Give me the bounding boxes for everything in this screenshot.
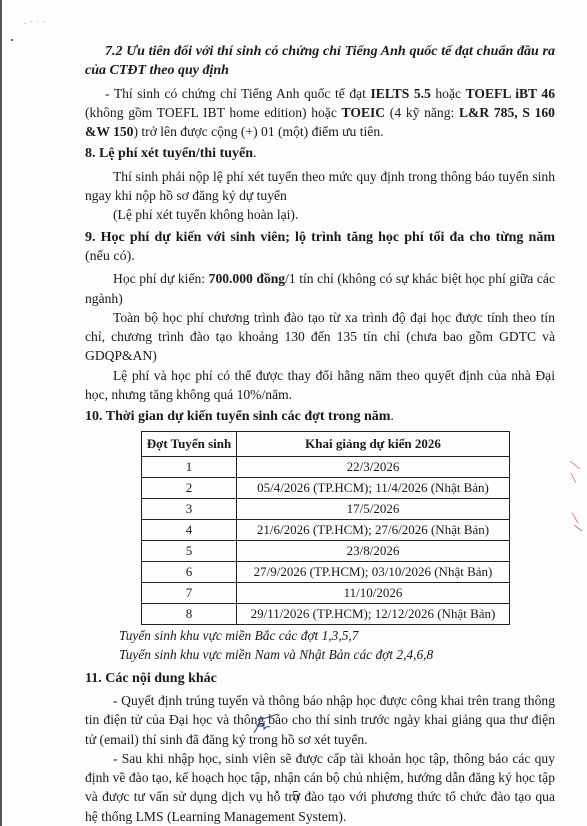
table-row: 317/5/2026 <box>142 498 510 519</box>
cell-batch-number: 3 <box>142 498 237 519</box>
table-row: 205/4/2026 (TP.HCM); 11/4/2026 (Nhật Bản… <box>142 477 510 498</box>
cell-opening-date: 05/4/2026 (TP.HCM); 11/4/2026 (Nhật Bản) <box>237 477 510 498</box>
section-9-heading: 9. Học phí dự kiến với sinh viên; lộ trì… <box>85 228 555 267</box>
section-8-note: (Lệ phí xét tuyển không hoàn lại). <box>85 205 555 224</box>
section-9-paragraph-2: Toàn bộ học phí chương trình đào tạo từ … <box>85 308 555 366</box>
table-row: 421/6/2026 (TP.HCM); 27/6/2026 (Nhật Bản… <box>142 519 510 540</box>
cell-opening-date: 29/11/2026 (TP.HCM); 12/12/2026 (Nhật Bả… <box>237 603 510 624</box>
section-11-heading: 11. Các nội dung khác <box>85 669 555 688</box>
cell-batch-number: 4 <box>142 519 237 540</box>
section-7-2-heading: 7.2 Ưu tiên đối với thí sinh có chứng ch… <box>85 42 555 81</box>
column-header-opening: Khai giảng dự kiến 2026 <box>237 431 510 456</box>
cell-opening-date: 27/9/2026 (TP.HCM); 03/10/2026 (Nhật Bản… <box>237 561 510 582</box>
table-header-row: Đợt Tuyển sinh Khai giảng dự kiến 2026 <box>142 431 510 456</box>
section-11-paragraph-1: - Quyết định trúng tuyển và thông báo nh… <box>85 691 555 749</box>
cell-batch-number: 6 <box>142 561 237 582</box>
table-body: 122/3/2026205/4/2026 (TP.HCM); 11/4/2026… <box>142 456 510 624</box>
section-9-paragraph-3: Lệ phí và học phí có thể được thay đổi h… <box>85 366 555 405</box>
cell-opening-date: 11/10/2026 <box>237 582 510 603</box>
stamp-edge-icon <box>568 455 587 535</box>
document-page: · ˙ ˙ ˙ 7.2 Ưu tiên đối với thí sinh có … <box>0 0 587 826</box>
table-note-south-japan: Tuyển sinh khu vực miền Nam và Nhật Bản … <box>119 647 555 663</box>
enrollment-schedule-table: Đợt Tuyển sinh Khai giảng dự kiến 2026 1… <box>141 431 510 625</box>
section-7-2-paragraph: - Thí sinh có chứng chỉ Tiếng Anh quốc t… <box>85 84 555 142</box>
cell-opening-date: 21/6/2026 (TP.HCM); 27/6/2026 (Nhật Bản) <box>237 519 510 540</box>
section-8-paragraph: Thí sinh phải nộp lệ phí xét tuyển theo … <box>85 167 555 206</box>
cell-opening-date: 22/3/2026 <box>237 456 510 477</box>
document-content: 7.2 Ưu tiên đối với thí sinh có chứng ch… <box>85 42 555 826</box>
scan-artifact: · ˙ ˙ ˙ <box>24 20 46 28</box>
table-row: 122/3/2026 <box>142 456 510 477</box>
page-number: 5 <box>2 788 587 804</box>
section-10-heading: 10. Thời gian dự kiến tuyển sinh các đợt… <box>85 407 555 426</box>
table-row: 627/9/2026 (TP.HCM); 03/10/2026 (Nhật Bả… <box>142 561 510 582</box>
table-row: 523/8/2026 <box>142 540 510 561</box>
section-9-fee: Học phí dự kiến: 700.000 đồng/1 tín chỉ … <box>85 269 555 308</box>
signature-initials-icon <box>250 713 280 735</box>
cell-batch-number: 7 <box>142 582 237 603</box>
cell-batch-number: 1 <box>142 456 237 477</box>
section-8-heading: 8. Lệ phí xét tuyển/thi tuyển. <box>85 144 555 163</box>
cell-opening-date: 17/5/2026 <box>237 498 510 519</box>
cell-batch-number: 8 <box>142 603 237 624</box>
cell-opening-date: 23/8/2026 <box>237 540 510 561</box>
column-header-batch: Đợt Tuyển sinh <box>142 431 237 456</box>
table-note-north: Tuyển sinh khu vực miền Bắc các đợt 1,3,… <box>119 628 555 644</box>
cell-batch-number: 5 <box>142 540 237 561</box>
scan-artifact-dot <box>11 39 13 41</box>
table-row: 711/10/2026 <box>142 582 510 603</box>
cell-batch-number: 2 <box>142 477 237 498</box>
table-row: 829/11/2026 (TP.HCM); 12/12/2026 (Nhật B… <box>142 603 510 624</box>
